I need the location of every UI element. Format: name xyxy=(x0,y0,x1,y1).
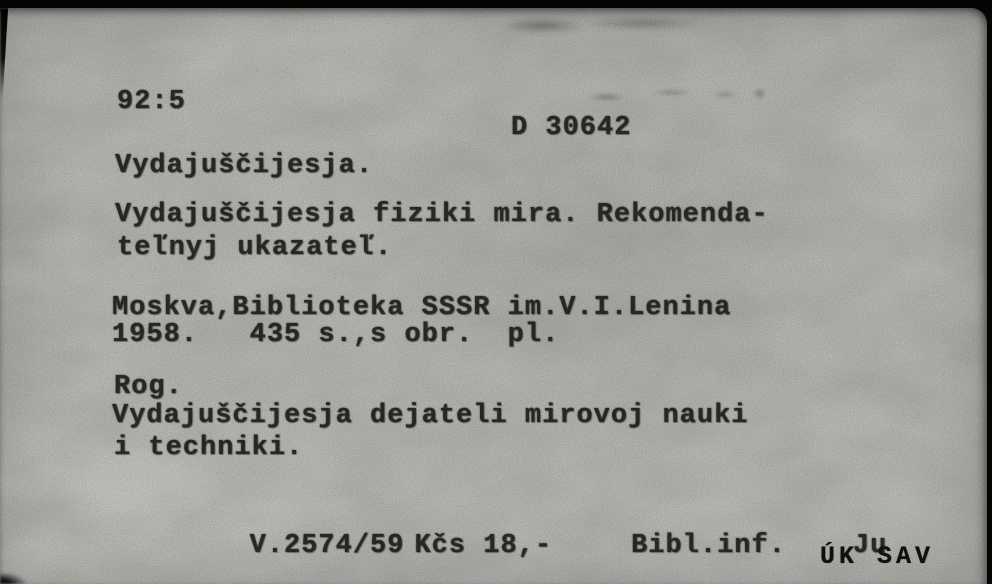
scan-edge-mark-bottom-left xyxy=(0,572,28,584)
classification-number: 92:5 xyxy=(117,88,186,118)
catalog-card: 92:5 D 30642 Vydajuščijesja. Vydajuščije… xyxy=(0,8,987,584)
ink-smudge xyxy=(468,16,718,40)
footer-line: V.2574/59Kčs 18,-Bibl.inf.Ju xyxy=(112,502,887,584)
note-line-2: i techniki. xyxy=(114,434,303,464)
typed-text-layer: 92:5 D 30642 Vydajuščijesja. Vydajuščije… xyxy=(0,8,987,584)
title-line-1: Vydajuščijesja fiziki mira. Rekomenda- xyxy=(115,201,769,231)
note-label: Rog. xyxy=(114,373,183,403)
call-number: D 30642 xyxy=(511,114,631,144)
pencil-smudge xyxy=(585,84,765,108)
imprint-line-2: 1958. 435 s.,s obr. pl. xyxy=(112,321,559,351)
library-stamp: ÚK SAV xyxy=(820,544,934,569)
source-note: Bibl.inf. xyxy=(631,531,786,561)
note-line-1: Vydajuščijesja dejateli mirovoj nauki xyxy=(112,402,749,432)
price: Kčs 18,- xyxy=(414,531,552,561)
title-line-2: teľnyj ukazateľ. xyxy=(117,234,392,264)
accession-number: V.2574/59 xyxy=(250,531,405,561)
heading-entry: Vydajuščijesja. xyxy=(115,152,373,182)
scanned-catalog-card-page: 92:5 D 30642 Vydajuščijesja. Vydajuščije… xyxy=(0,0,992,584)
